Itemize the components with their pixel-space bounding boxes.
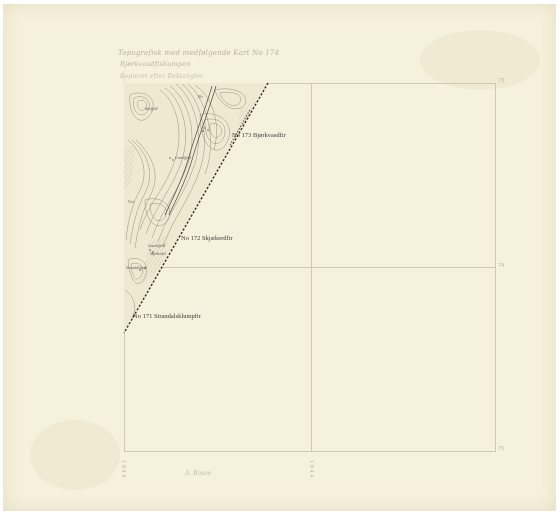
- grid-tick-right-3: 75: [498, 446, 504, 452]
- place-name: Strandalsfjeld: [126, 266, 146, 270]
- place-name: Skjækerdal: [150, 252, 166, 256]
- grid-tick-bottom-1: 1 8 4 4: [120, 460, 126, 478]
- topographic-map-area: [0, 0, 560, 515]
- place-name: Vest: [128, 200, 134, 204]
- sheet-label-172: No 172 Skjækerdfir: [181, 235, 233, 242]
- place-name: Storfjeld: [145, 107, 157, 111]
- place-name: Elv: [198, 95, 203, 99]
- place-name: Gaardsfjeld: [148, 244, 165, 248]
- sheet-label-171: No 171 Strandalsklumpfir: [133, 313, 201, 320]
- place-name: Grønlifjeld: [175, 156, 191, 160]
- grid-tick-right-2: 74: [498, 263, 504, 269]
- grid-tick-bottom-2: 1 8 4 4: [308, 460, 314, 478]
- sheet-label-173: No 173 Bjørkvasdfir: [232, 132, 286, 139]
- grid-tick-right-1: 73: [498, 78, 504, 84]
- footer-signature: A. Rosee: [185, 470, 211, 477]
